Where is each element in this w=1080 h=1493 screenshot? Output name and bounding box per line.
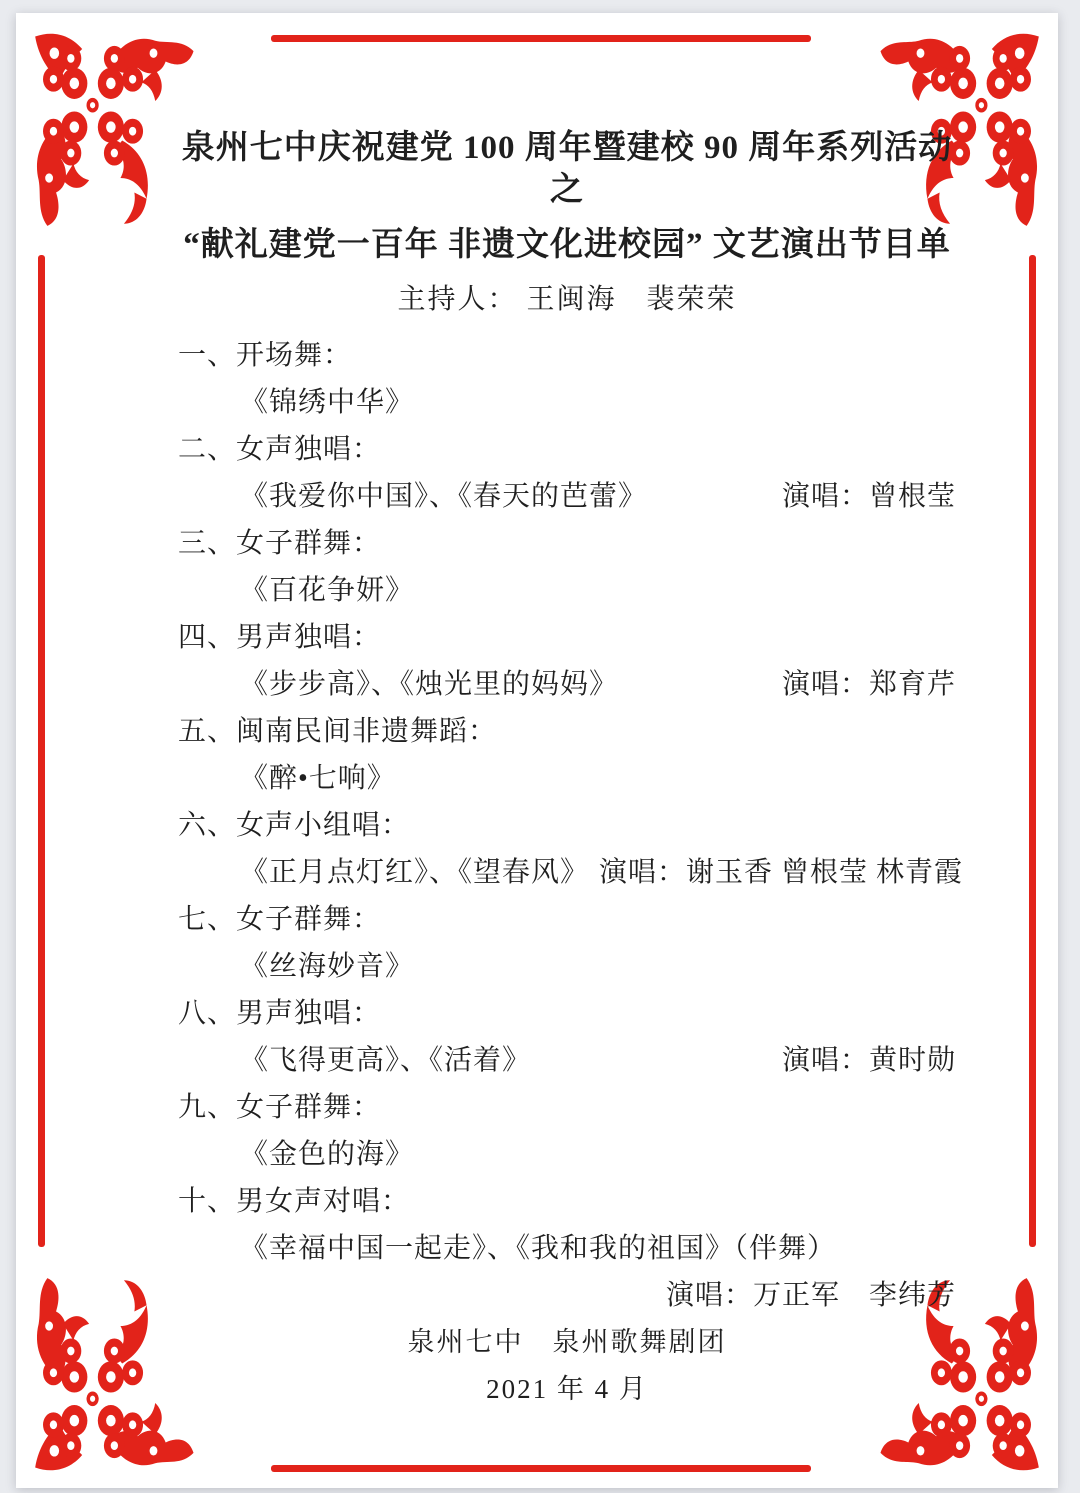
item-songs: 《金色的海》 [240,1131,414,1178]
program-item: 三、女子群舞： 《百花争妍》 [178,520,956,614]
program-item: 二、女声独唱： 《我爱你中国》、《春天的芭蕾》 演唱：曾根莹 [178,426,956,520]
item-number: 一、 [178,340,236,371]
item-number: 六、 [178,810,236,841]
document-title-line2: “献礼建党一百年 非遗文化进校园” 文艺演出节目单 [178,224,956,266]
item-songs: 《醉•七响》 [240,755,396,802]
item-songs: 《我爱你中国》、《春天的芭蕾》 [240,473,647,520]
item-number: 七、 [178,904,236,935]
item-songs: 《锦绣中华》 [240,379,414,426]
program-item: 六、女声小组唱： 《正月点灯红》、《望春风》 演唱：谢玉香 曾根莹 林青霞 [178,802,956,896]
document-page: 泉州七中庆祝建党 100 周年暨建校 90 周年系列活动之 “献礼建党一百年 非… [16,13,1058,1488]
papercut-flower-ornament-top-left [23,22,197,230]
item-number: 二、 [178,434,236,465]
program-item: 十、男女声对唱： 《幸福中国一起走》、《我和我的祖国》（伴舞） [178,1178,956,1272]
item-songs: 《飞得更高》、《活着》 [240,1037,531,1084]
item-performer: 演唱：曾根莹 [772,473,956,520]
item-number: 十、 [178,1186,236,1217]
document-title-line1: 泉州七中庆祝建党 100 周年暨建校 90 周年系列活动之 [178,127,956,211]
papercut-flower-ornament-bottom-left [23,1274,197,1482]
item-category: 闽南民间非遗舞蹈： [236,716,497,747]
program-item: 八、男声独唱： 《飞得更高》、《活着》 演唱：黄时勋 [178,990,956,1084]
item-category: 开场舞： [236,340,352,371]
item-number: 三、 [178,528,236,559]
item-songs: 《百花争妍》 [240,567,414,614]
program-item: 四、男声独唱： 《步步高》、《烛光里的妈妈》 演唱：郑育芹 [178,614,956,708]
item-performer: 演唱：谢玉香 曾根莹 林青霞 [589,849,963,896]
border-line-left [38,255,45,1247]
program-item: 五、闽南民间非遗舞蹈： 《醉•七响》 [178,708,956,802]
border-line-bottom [271,1465,811,1472]
item-number: 九、 [178,1092,236,1123]
item-songs: 《丝海妙音》 [240,943,414,990]
border-line-top [271,35,811,42]
program-item: 七、女子群舞： 《丝海妙音》 [178,896,956,990]
item-category: 女子群舞： [236,528,381,559]
item-songs: 《步步高》、《烛光里的妈妈》 [240,661,618,708]
border-line-right [1029,255,1036,1247]
item-songs: 《正月点灯红》、《望春风》 [240,849,589,896]
footer-date: 2021 年 4 月 [178,1366,956,1413]
item-number: 四、 [178,622,236,653]
item-category: 女子群舞： [236,904,381,935]
program-list: 一、开场舞： 《锦绣中华》 二、女声独唱： 《我爱你中国》、《春天的芭蕾》 演唱… [178,332,956,1272]
item-category: 男女声对唱： [236,1186,410,1217]
item-performer: 演唱：郑育芹 [772,661,956,708]
photo-background: { "header": { "title_line1": "泉州七中庆祝建党 1… [0,0,1080,1493]
item-category: 男声独唱： [236,998,381,1029]
program-item: 九、女子群舞： 《金色的海》 [178,1084,956,1178]
item-category: 女子群舞： [236,1092,381,1123]
item-category: 男声独唱： [236,622,381,653]
item-category: 女声独唱： [236,434,381,465]
footer-organizations: 泉州七中 泉州歌舞剧团 [178,1319,956,1366]
item-category: 女声小组唱： [236,810,410,841]
item-songs: 《幸福中国一起走》、《我和我的祖国》（伴舞） [240,1225,836,1272]
document-content: 泉州七中庆祝建党 100 周年暨建校 90 周年系列活动之 “献礼建党一百年 非… [178,113,956,1413]
item-number: 八、 [178,998,236,1029]
closing-performer-line: 演唱：万正军 李纬芳 [178,1272,956,1319]
program-item: 一、开场舞： 《锦绣中华》 [178,332,956,426]
host-line: 主持人： 王闽海 裴荣荣 [178,282,956,318]
item-performer: 演唱：黄时勋 [772,1037,956,1084]
item-number: 五、 [178,716,236,747]
